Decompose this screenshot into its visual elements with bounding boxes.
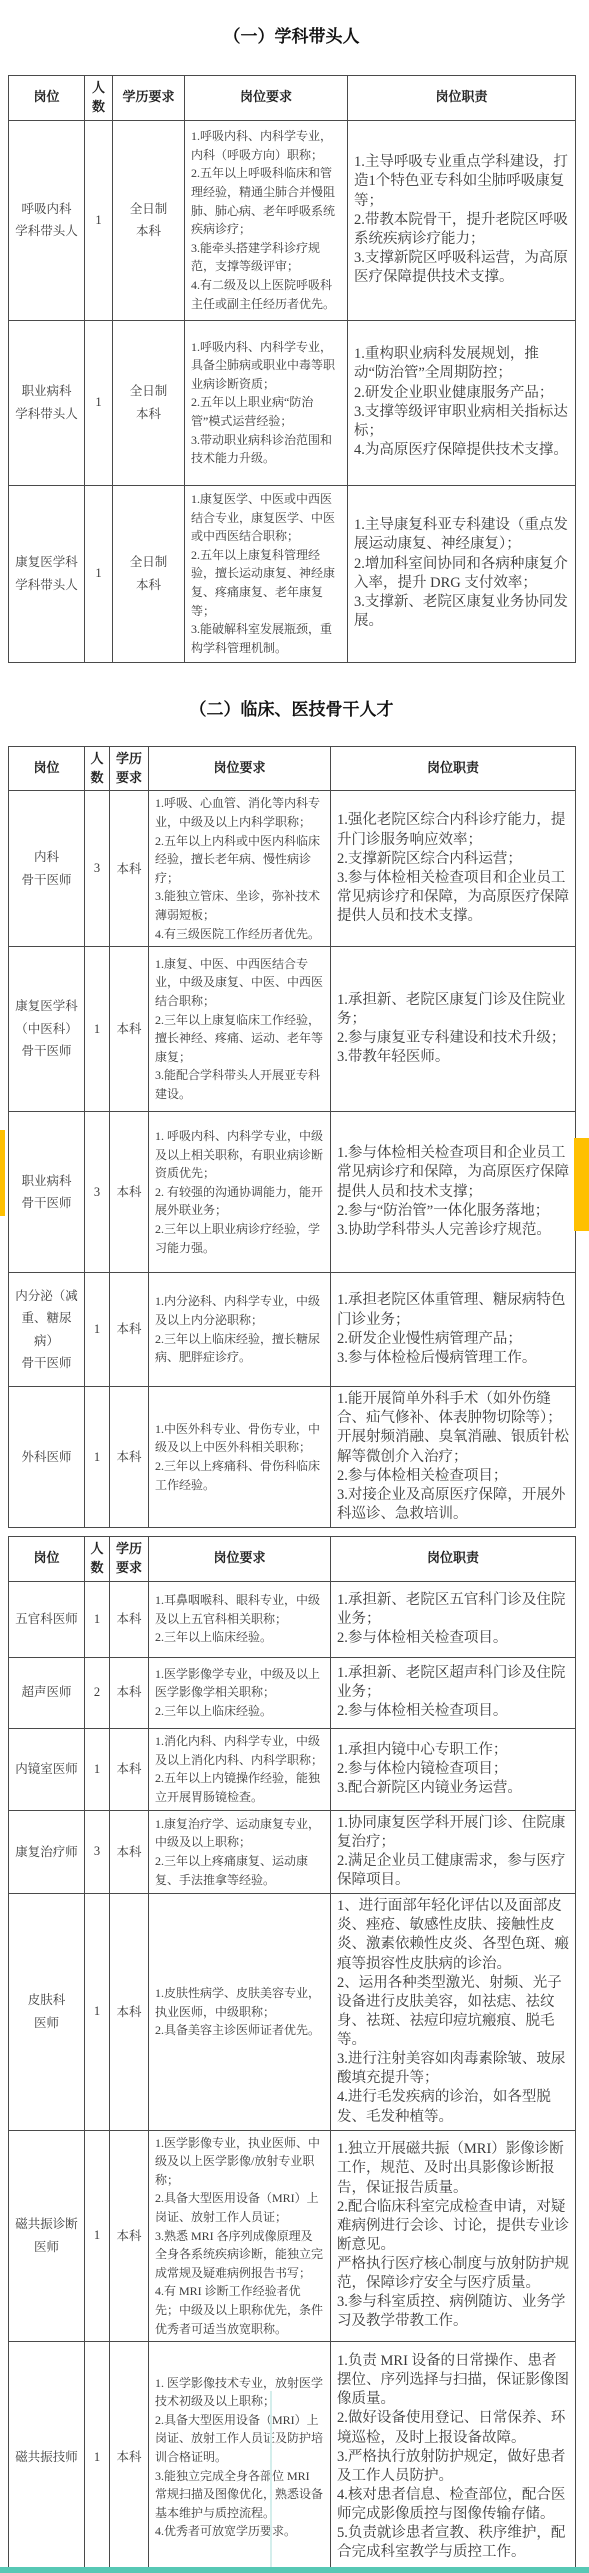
requirements-cell: 1.内分泌科、内科学专业，中级及以上内分泌职称； 2.三年以上临床经验，擅长糖尿… [149,1273,331,1387]
requirements-cell: 1.中医外科专业、骨伤专业，中级及以上中医外科相关职称； 2.三年以上疼痛科、骨… [149,1387,331,1528]
requirements-cell: 1.康复治疗学、运动康复专业，中级及以上职称； 2.三年以上疼痛康复、运动康复、… [149,1810,331,1894]
duties-cell: 1.强化老院区综合内科诊疗能力，提升门诊服务响应效率； 2.支撑新院区综合内科运… [331,791,576,947]
education-cell: 本科 [110,1657,149,1728]
table-header-row: 岗位 人 数 学历 要求 岗位要求 岗位职责 [9,746,576,791]
vertical-divider-line [270,2391,272,2567]
column-header-headcount: 人 数 [85,1537,110,1582]
duties-cell: 1.重构职业病科发展规划，推动“防治管”全周期防控； 2.研发企业职业健康服务产… [348,320,576,485]
requirements-cell: 1.皮肤性病学、皮肤美容专业，执业医师，中级职称； 2.具备美容主诊医师证者优先… [149,1894,331,2131]
headcount-cell: 1 [85,485,113,662]
column-header-duties: 岗位职责 [348,76,576,121]
bottom-accent-bar [0,2567,589,2573]
subject-leaders-table: 岗位 人数 学历要求 岗位要求 岗位职责 呼吸内科 学科带头人 1 全日制 本科… [8,75,576,663]
duties-cell: 1.主导康复科亚专科建设（重点发展运动康复、神经康复）； 2.增加科室间协同和各… [348,485,576,662]
column-header-position: 岗位 [9,1537,85,1582]
table-row: 磁共振诊断 医师 1 本科 1.医学影像专业，执业医师、中级及以上医学影像/放射… [9,2130,576,2342]
headcount-cell: 1 [85,1387,110,1528]
education-cell: 本科 [110,1894,149,2131]
column-header-duties: 岗位职责 [331,746,576,791]
duties-cell: 1.参与体检相关检查项目和企业员工常见病诊疗和保障，为高原医疗保障提供人员和技术… [331,1112,576,1273]
headcount-cell: 1 [85,1273,110,1387]
duties-cell: 1.协同康复医学科开展门诊、住院康复治疗； 2.满足企业员工健康需求，参与医疗保… [331,1810,576,1894]
column-header-headcount: 人数 [85,76,113,121]
position-cell: 康复治疗师 [9,1810,85,1894]
education-cell: 本科 [110,1728,149,1810]
requirements-cell: 1.医学影像学专业，中级及以上医学影像学相关职称； 2.三年以上临床经验。 [149,1657,331,1728]
duties-cell: 1.承担内镜中心专职工作； 2.参与体检内镜检查项目； 3.配合新院区内镜业务运… [331,1728,576,1810]
column-header-education: 学历要求 [113,76,185,121]
position-cell: 磁共振诊断 医师 [9,2130,85,2342]
table-row: 超声医师 2 本科 1.医学影像学专业，中级及以上医学影像学相关职称； 2.三年… [9,1657,576,1728]
education-cell: 本科 [110,1273,149,1387]
position-cell: 外科医师 [9,1387,85,1528]
requirements-cell: 1.康复、中医、中西医结合专业，中级及康复、中医、中西医结合职称； 2.三年以上… [149,947,331,1112]
position-cell: 职业病科 学科带头人 [9,320,85,485]
position-cell: 内科 骨干医师 [9,791,85,947]
education-cell: 本科 [110,1581,149,1657]
requirements-cell: 1.呼吸、心血管、消化等内科专业，中级及以上内科学职称； 2.五年以上内科或中医… [149,791,331,947]
table-row: 磁共振技师 1 本科 1. 医学影像技术专业，放射医学技术初级及以上职称； 2.… [9,2342,576,2573]
headcount-cell: 3 [85,1810,110,1894]
duties-cell: 1.负责 MRI 设备的日常操作、患者摆位、序列选择与扫描，保证影像图像质量。 … [331,2342,576,2573]
education-cell: 本科 [110,1810,149,1894]
column-header-education: 学历 要求 [110,1537,149,1582]
headcount-cell: 1 [85,320,113,485]
column-header-requirements: 岗位要求 [149,746,331,791]
position-cell: 五官科医师 [9,1581,85,1657]
table-header-row: 岗位 人数 学历要求 岗位要求 岗位职责 [9,76,576,121]
headcount-cell: 3 [85,791,110,947]
education-cell: 全日制 本科 [113,485,185,662]
requirements-cell: 1.医学影像专业，执业医师、中级及以上医学影像/放射专业职称； 2.具备大型医用… [149,2130,331,2342]
requirements-cell: 1.消化内科、内科学专业，中级及以上消化内科、内科学职称； 2.五年以上内镜操作… [149,1728,331,1810]
document-content: （一）学科带头人 岗位 人数 学历要求 岗位要求 岗位职责 呼吸内科 学科带头人… [0,0,589,2573]
duties-cell: 1.承担老院区体重管理、糖尿病特色门诊业务； 2.研发企业慢性病管理产品； 3.… [331,1273,576,1387]
headcount-cell: 1 [85,1581,110,1657]
position-cell: 皮肤科 医师 [9,1894,85,2131]
duties-cell: 1.能开展简单外科手术（如外伤缝合、疝气修补、体表肿物切除等）；开展射频消融、臭… [331,1387,576,1528]
table-row: 康复治疗师 3 本科 1.康复治疗学、运动康复专业，中级及以上职称； 2.三年以… [9,1810,576,1894]
position-cell: 超声医师 [9,1657,85,1728]
education-cell: 全日制 本科 [113,120,185,320]
education-cell: 本科 [110,2130,149,2342]
column-header-duties: 岗位职责 [331,1537,576,1582]
column-header-education: 学历 要求 [110,746,149,791]
education-cell: 本科 [110,1387,149,1528]
duties-cell: 1.主导呼吸专业重点学科建设，打造1个特色亚专科如尘肺呼吸康复等； 2.带教本院… [348,120,576,320]
position-cell: 内镜室医师 [9,1728,85,1810]
backbone-table-2: 岗位 人 数 学历 要求 岗位要求 岗位职责 五官科医师 1 本科 1.耳鼻咽喉… [8,1536,576,2573]
headcount-cell: 3 [85,1112,110,1273]
table-row: 外科医师 1 本科 1.中医外科专业、骨伤专业，中级及以上中医外科相关职称； 2… [9,1387,576,1528]
table-row: 内科 骨干医师 3 本科 1.呼吸、心血管、消化等内科专业，中级及以上内科学职称… [9,791,576,947]
table-row: 呼吸内科 学科带头人 1 全日制 本科 1.呼吸内科、内科学专业，内科（呼吸方向… [9,120,576,320]
document-page: （一）学科带头人 岗位 人数 学历要求 岗位要求 岗位职责 呼吸内科 学科带头人… [0,0,589,2573]
backbone-table-1: 岗位 人 数 学历 要求 岗位要求 岗位职责 内科 骨干医师 3 本科 1.呼吸… [8,746,576,1528]
education-cell: 本科 [110,2342,149,2573]
position-cell: 康复医学科 （中医科） 骨干医师 [9,947,85,1112]
position-cell: 康复医学科 学科带头人 [9,485,85,662]
education-cell: 本科 [110,791,149,947]
table-row: 康复医学科 （中医科） 骨干医师 1 本科 1.康复、中医、中西医结合专业，中级… [9,947,576,1112]
headcount-cell: 1 [85,2342,110,2573]
left-highlight-bar [0,1130,5,1216]
education-cell: 本科 [110,947,149,1112]
duties-cell: 1、进行面部年轻化评估以及面部皮炎、痤疮、敏感性皮肤、接触性皮炎、激素依赖性皮炎… [331,1894,576,2131]
table-row: 职业病科 学科带头人 1 全日制 本科 1.呼吸内科、内科学专业，具备尘肺病或职… [9,320,576,485]
column-header-headcount: 人 数 [85,746,110,791]
requirements-cell: 1.康复医学、中医或中西医结合专业，康复医学、中医或中西医结合职称； 2.五年以… [185,485,348,662]
headcount-cell: 1 [85,947,110,1112]
column-header-requirements: 岗位要求 [149,1537,331,1582]
position-cell: 职业病科 骨干医师 [9,1112,85,1273]
table-row: 内镜室医师 1 本科 1.消化内科、内科学专业，中级及以上消化内科、内科学职称；… [9,1728,576,1810]
table-row: 皮肤科 医师 1 本科 1.皮肤性病学、皮肤美容专业，执业医师，中级职称； 2.… [9,1894,576,2131]
table-row: 五官科医师 1 本科 1.耳鼻咽喉科、眼科专业，中级及以上五官科相关职称； 2.… [9,1581,576,1657]
position-cell: 磁共振技师 [9,2342,85,2573]
requirements-cell: 1. 呼吸内科、内科学专业，中级及以上相关职称，有职业病诊断资质优先； 2. 有… [149,1112,331,1273]
headcount-cell: 1 [85,1728,110,1810]
headcount-cell: 2 [85,1657,110,1728]
duties-cell: 1.承担新、老院区康复门诊及住院业务； 2.参与康复亚专科建设和技术升级； 3.… [331,947,576,1112]
headcount-cell: 1 [85,1894,110,2131]
education-cell: 全日制 本科 [113,320,185,485]
table-header-row: 岗位 人 数 学历 要求 岗位要求 岗位职责 [9,1537,576,1582]
duties-cell: 1.承担新、老院区超声科门诊及住院业务； 2.参与体检相关检查项目。 [331,1657,576,1728]
duties-cell: 1.承担新、老院区五官科门诊及住院业务； 2.参与体检相关检查项目。 [331,1581,576,1657]
right-highlight-bar [574,1138,589,1231]
column-header-position: 岗位 [9,76,85,121]
requirements-cell: 1.耳鼻咽喉科、眼科专业，中级及以上五官科相关职称； 2.三年以上临床经验。 [149,1581,331,1657]
requirements-cell: 1.呼吸内科、内科学专业，内科（呼吸方向）职称； 2.五年以上呼吸科临床和管理经… [185,120,348,320]
table-row: 职业病科 骨干医师 3 本科 1. 呼吸内科、内科学专业，中级及以上相关职称，有… [9,1112,576,1273]
duties-cell: 1.独立开展磁共振（MRI）影像诊断工作，规范、及时出具影像诊断报告，保证报告质… [331,2130,576,2342]
column-header-requirements: 岗位要求 [185,76,348,121]
requirements-cell: 1.呼吸内科、内科学专业，具备尘肺病或职业中毒等职业病诊断资质； 2.五年以上职… [185,320,348,485]
section-title: （一）学科带头人 [8,14,575,75]
table-row: 内分泌（减 重、糖尿病） 骨干医师 1 本科 1.内分泌科、内科学专业，中级及以… [9,1273,576,1387]
education-cell: 本科 [110,1112,149,1273]
requirements-cell: 1. 医学影像技术专业，放射医学技术初级及以上职称； 2.具备大型医用设备（MR… [149,2342,331,2573]
headcount-cell: 1 [85,120,113,320]
column-header-position: 岗位 [9,746,85,791]
section-title: （二）临床、医技骨干人才 [8,663,575,746]
table-row: 康复医学科 学科带头人 1 全日制 本科 1.康复医学、中医或中西医结合专业，康… [9,485,576,662]
position-cell: 呼吸内科 学科带头人 [9,120,85,320]
position-cell: 内分泌（减 重、糖尿病） 骨干医师 [9,1273,85,1387]
headcount-cell: 1 [85,2130,110,2342]
